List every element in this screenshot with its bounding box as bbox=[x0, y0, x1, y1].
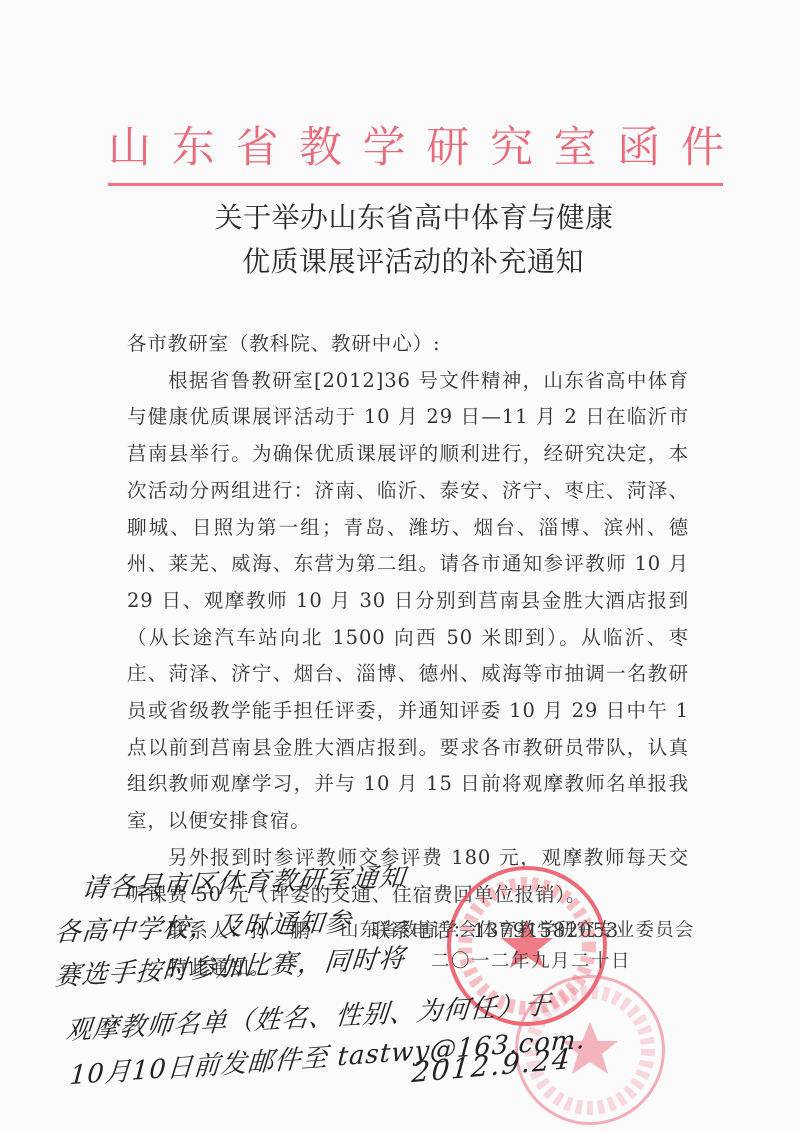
letterhead-char: 件 bbox=[681, 122, 724, 174]
letterhead-char: 究 bbox=[490, 122, 533, 174]
body-paragraph-1: 根据省鲁教研室[2012]36 号文件精神，山东省高中体育与健康优质课展评活动于… bbox=[127, 363, 689, 840]
letterhead-char: 省 bbox=[235, 122, 278, 174]
subject-title-line-2: 优质课展评活动的补充通知 bbox=[13, 240, 800, 280]
letterhead-title: 山 东 省 教 学 研 究 室 函 件 bbox=[108, 122, 724, 174]
letterhead-char: 函 bbox=[617, 122, 660, 174]
salutation: 各市教研室（教科院、教研中心）: bbox=[127, 326, 689, 363]
document-page: 山 东 省 教 学 研 究 室 函 件 关于举办山东省高中体育与健康 优质课展评… bbox=[0, 0, 800, 1131]
issue-date: 二〇一二年九月二十日 bbox=[431, 947, 631, 973]
letterhead-char: 教 bbox=[299, 122, 342, 174]
letterhead-char: 研 bbox=[426, 122, 469, 174]
letterhead-char: 东 bbox=[172, 122, 215, 174]
letterhead-divider bbox=[108, 183, 723, 186]
letterhead-char: 山 bbox=[108, 122, 151, 174]
letterhead-char: 学 bbox=[363, 122, 406, 174]
letterhead-char: 室 bbox=[554, 122, 597, 174]
subject-title-line-1: 关于举办山东省高中体育与健康 bbox=[14, 196, 800, 236]
